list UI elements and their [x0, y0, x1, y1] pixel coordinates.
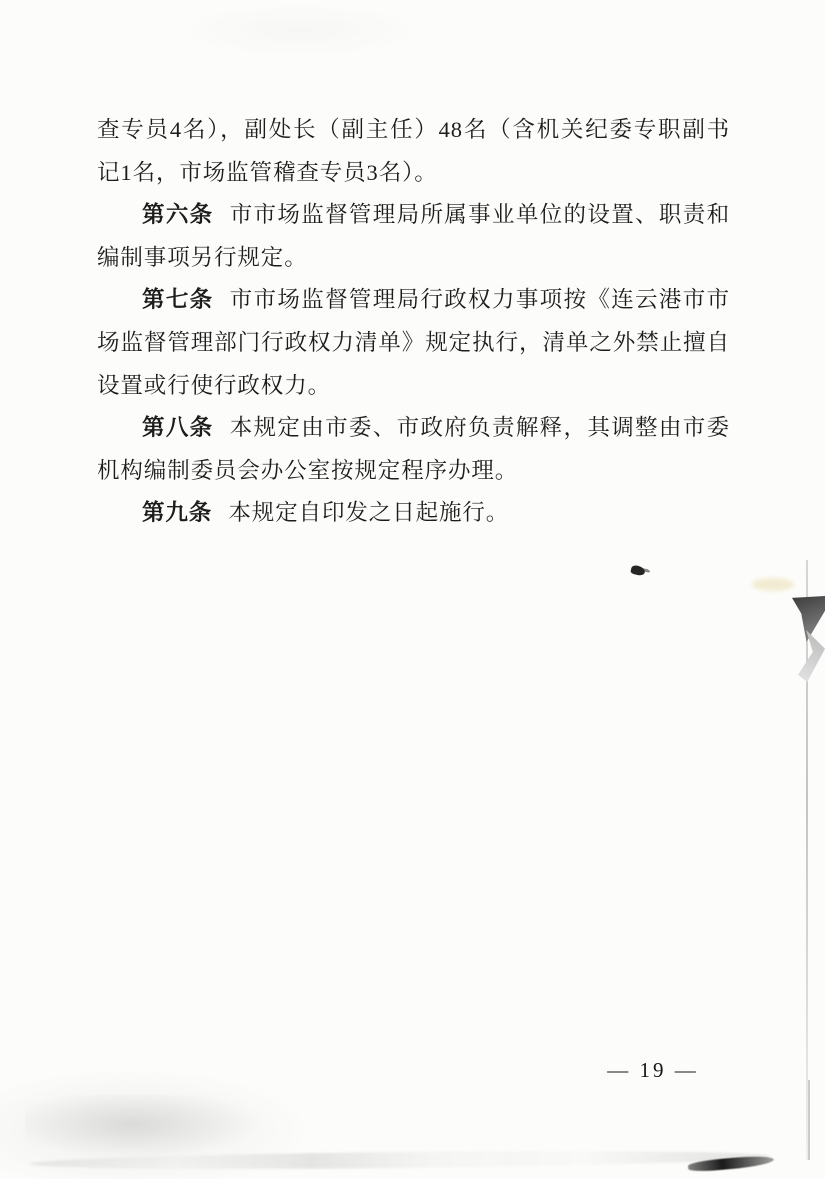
paragraph-article-6: 第六条市市场监督管理局所属事业单位的设置、职责和编制事项另行规定。 — [97, 194, 730, 279]
bottom-right-edge-line-artifact — [808, 1080, 810, 1160]
article-8-label: 第八条 — [142, 415, 214, 440]
paper-fold-dark-artifact — [792, 596, 825, 642]
paper-fold-light-artifact — [798, 630, 825, 682]
scanned-document-page: 查专员4名），副处长（副主任）48名（含机关纪委专职副书记1名，市场监管稽查专员… — [0, 0, 825, 1179]
page-number: — 19 — — [588, 1058, 718, 1083]
paragraph-article-8: 第八条本规定由市委、市政府负责解释，其调整由市委机构编制委员会办公室按规定程序办… — [97, 407, 730, 492]
bottom-shadow-streak-artifact — [30, 1148, 770, 1172]
article-9-text: 本规定自印发之日起施行。 — [228, 500, 509, 525]
paragraph-continuation-text: 查专员4名），副处长（副主任）48名（含机关纪委专职副书记1名，市场监管稽查专员… — [97, 117, 730, 185]
article-6-label: 第六条 — [142, 202, 214, 227]
ink-dot-artifact — [630, 564, 646, 576]
bottom-dark-mark-artifact — [688, 1154, 775, 1172]
article-7-label: 第七条 — [142, 287, 214, 312]
paragraph-article-7: 第七条市市场监督管理局行政权力事项按《连云港市市场监督管理部门行政权力清单》规定… — [97, 279, 730, 407]
paper-stain-artifact — [752, 578, 794, 591]
paragraph-continuation: 查专员4名），副处长（副主任）48名（含机关纪委专职副书记1名，市场监管稽查专员… — [97, 109, 730, 194]
paper-edge-line-artifact — [806, 560, 808, 1160]
bottom-smudge-artifact — [25, 1095, 265, 1157]
document-body: 查专员4名），副处长（副主任）48名（含机关纪委专职副书记1名，市场监管稽查专员… — [97, 109, 730, 535]
article-9-label: 第九条 — [142, 500, 212, 525]
paragraph-article-9: 第九条本规定自印发之日起施行。 — [97, 492, 730, 535]
